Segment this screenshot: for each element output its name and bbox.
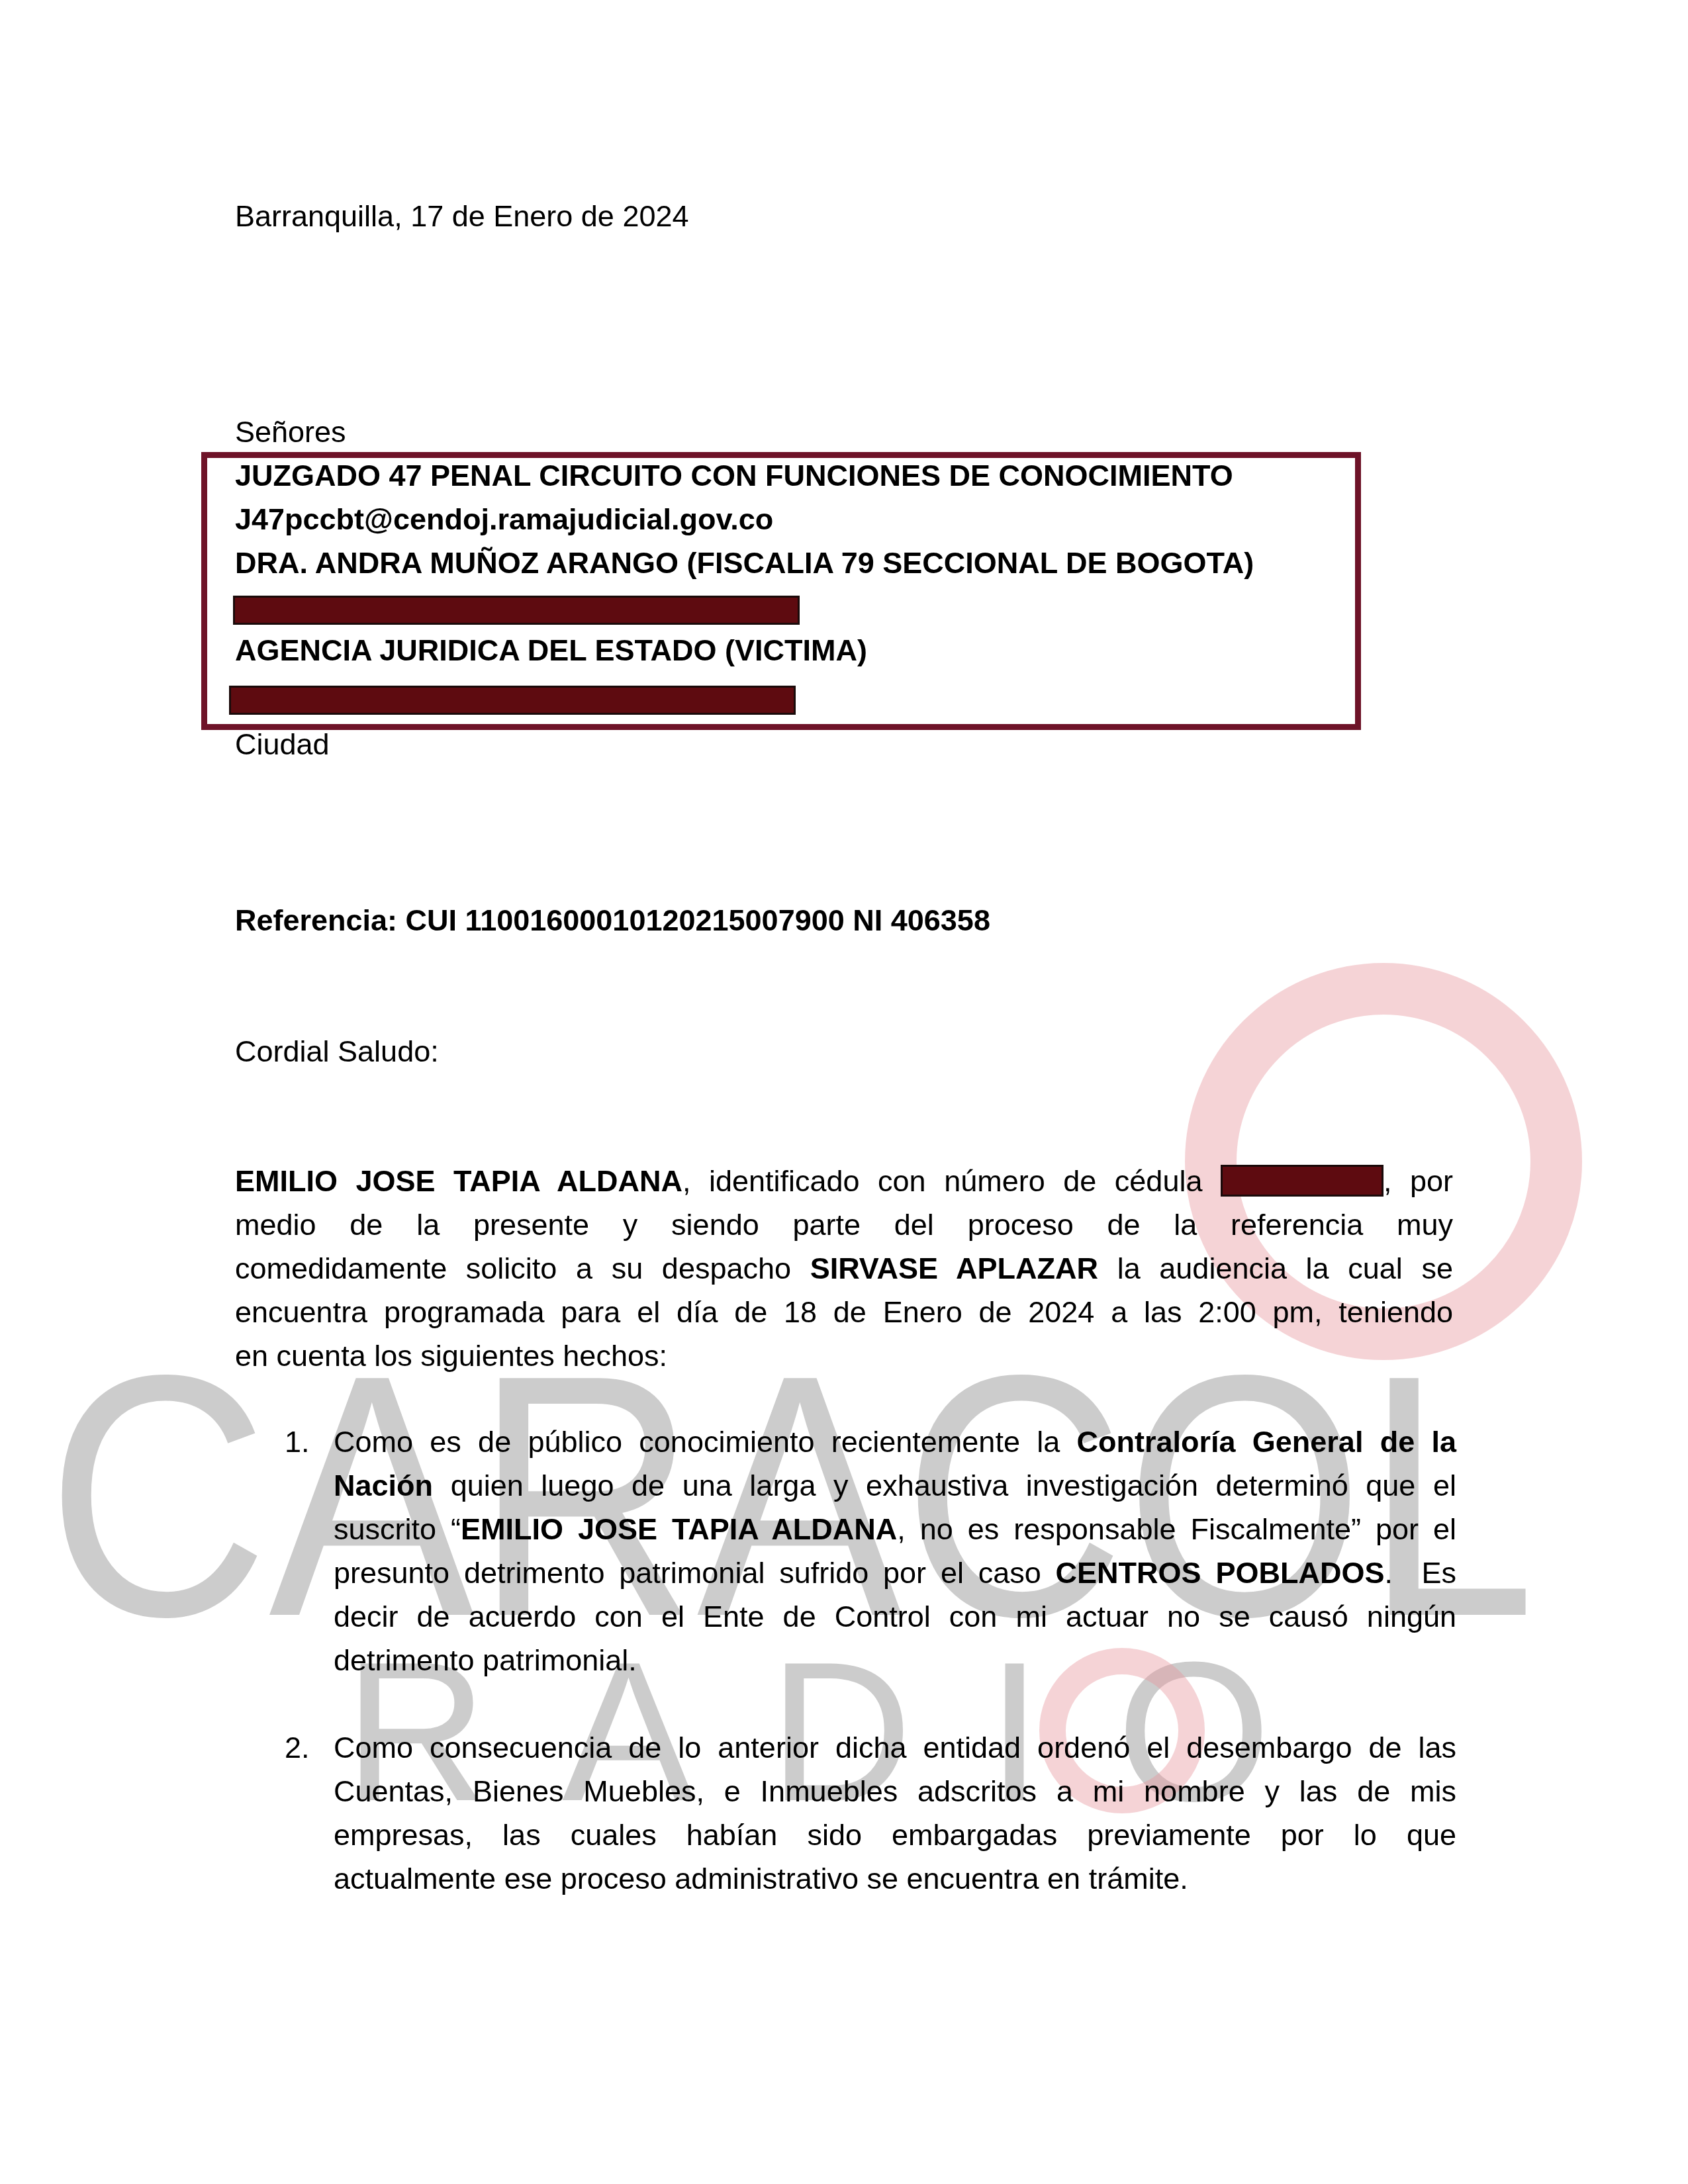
redacted-prosecutor-email (233, 596, 800, 625)
redacted-id-number (1221, 1165, 1383, 1197)
facts-list: 1. Como es de público conocimiento recie… (285, 1420, 1456, 1944)
fact-number: 1. (285, 1420, 310, 1464)
greeting: Cordial Saludo: (235, 1030, 439, 1073)
city: Ciudad (235, 723, 330, 766)
intro-line-3: comedidamente solicito a su despacho SIR… (235, 1247, 1453, 1291)
reference: Referencia: CUI 11001600010120215007900 … (235, 899, 990, 942)
intro-line-5: en cuenta los siguientes hechos: (235, 1334, 1453, 1378)
fact-number: 2. (285, 1726, 310, 1770)
intro-line-2: medio de la presente y siendo parte del … (235, 1203, 1453, 1247)
intro-paragraph: EMILIO JOSE TAPIA ALDANA, identificado c… (235, 1160, 1453, 1378)
place-date: Barranquilla, 17 de Enero de 2024 (235, 195, 689, 238)
intro-line-4: encuentra programada para el día de 18 d… (235, 1291, 1453, 1334)
addressee-court-email: J47pccbt@cendoj.ramajudicial.gov.co (235, 498, 773, 541)
addressee-court: JUZGADO 47 PENAL CIRCUITO CON FUNCIONES … (235, 454, 1233, 498)
addressee-prosecutor: DRA. ANDRA MUÑOZ ARANGO (FISCALIA 79 SEC… (235, 541, 1254, 585)
intro-line-1: EMILIO JOSE TAPIA ALDANA, identificado c… (235, 1160, 1453, 1203)
addressee-agency: AGENCIA JURIDICA DEL ESTADO (VICTIMA) (235, 629, 867, 672)
redacted-agency-email (229, 686, 796, 715)
fact-item-2: 2. Como consecuencia de lo anterior dich… (285, 1726, 1456, 1901)
fact-item-1: 1. Como es de público conocimiento recie… (285, 1420, 1456, 1682)
salutation-header: Señores (235, 410, 346, 454)
